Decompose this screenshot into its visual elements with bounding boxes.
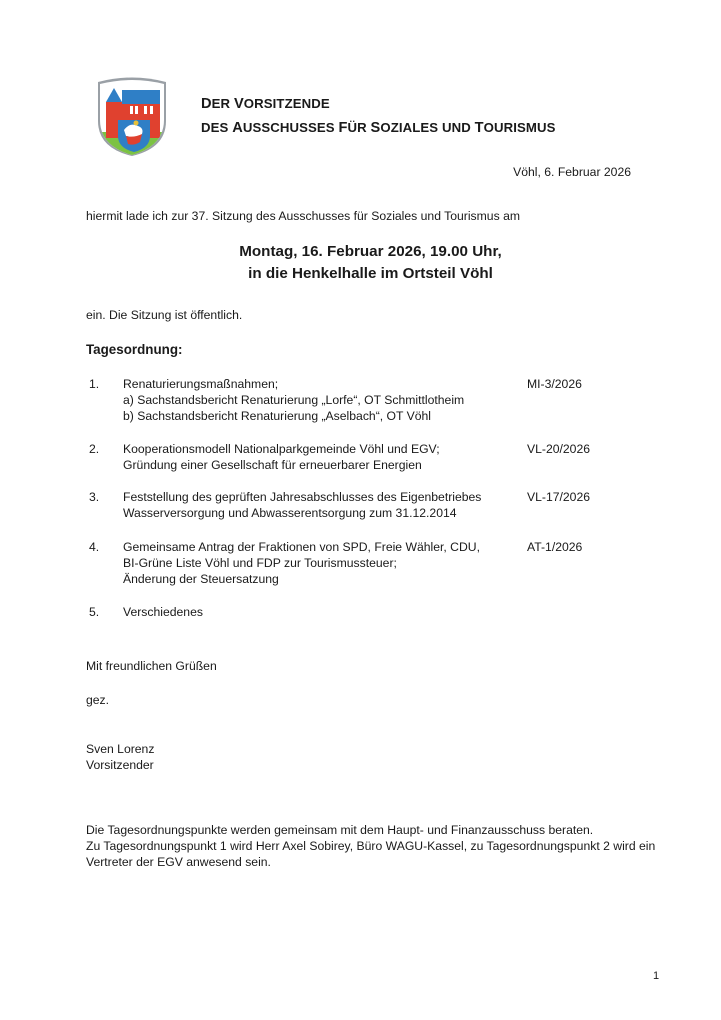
agenda-item-text: Wasserversorgung und Abwasserentsorgung … <box>123 505 457 521</box>
agenda-item-text: BI-Grüne Liste Vöhl und FDP zur Tourismu… <box>123 555 397 571</box>
agenda-item-text: a) Sachstandsbericht Renaturierung „Lorf… <box>123 392 464 408</box>
public-note: ein. Die Sitzung ist öffentlich. <box>86 307 242 323</box>
page-number: 1 <box>653 970 659 982</box>
signer-name: Sven Lorenz <box>86 741 154 757</box>
agenda-item-number: 5. <box>89 604 99 620</box>
agenda-item-reference: MI-3/2026 <box>527 376 582 392</box>
agenda-title: Tagesordnung: <box>86 342 182 357</box>
signer-role: Vorsitzender <box>86 757 154 773</box>
agenda-item-number: 2. <box>89 441 99 457</box>
agenda-item-text: Renaturierungsmaßnahmen; <box>123 376 278 392</box>
agenda-item-text: Verschiedenes <box>123 604 203 620</box>
agenda-item-reference: VL-20/2026 <box>527 441 590 457</box>
agenda-item-reference: AT-1/2026 <box>527 539 582 555</box>
agenda-item-text: Gründung einer Gesellschaft für erneuerb… <box>123 457 422 473</box>
header-title-line1: DER VORSITZENDE <box>201 96 330 112</box>
agenda-item-text: Gemeinsame Antrag der Fraktionen von SPD… <box>123 539 480 555</box>
agenda-item-text: Änderung der Steuersatzung <box>123 571 279 587</box>
meeting-location: in die Henkelhalle im Ortsteil Vöhl <box>0 263 721 285</box>
agenda-item-text: b) Sachstandsbericht Renaturierung „Asel… <box>123 408 431 424</box>
agenda-item-number: 4. <box>89 539 99 555</box>
agenda-item-text: Kooperationsmodell Nationalparkgemeinde … <box>123 441 440 457</box>
agenda-item-number: 3. <box>89 489 99 505</box>
intro-text: hiermit lade ich zur 37. Sitzung des Aus… <box>86 208 520 224</box>
header-title-line2: DES AUSSCHUSSES FÜR SOZIALES UND TOURISM… <box>201 120 555 136</box>
note-line: Vertreter der EGV anwesend sein. <box>86 854 271 870</box>
signed-note: gez. <box>86 692 109 708</box>
closing-greeting: Mit freundlichen Grüßen <box>86 658 217 674</box>
agenda-item-number: 1. <box>89 376 99 392</box>
note-line: Die Tagesordnungspunkte werden gemeinsam… <box>86 822 593 838</box>
note-line: Zu Tagesordnungspunkt 1 wird Herr Axel S… <box>86 838 655 854</box>
date-line: Vöhl, 6. Februar 2026 <box>513 164 631 180</box>
agenda-item-reference: VL-17/2026 <box>527 489 590 505</box>
meeting-date-time: Montag, 16. Februar 2026, 19.00 Uhr, <box>0 241 721 263</box>
agenda-item-text: Feststellung des geprüften Jahresabschlu… <box>123 489 481 505</box>
coat-of-arms-icon <box>96 76 168 156</box>
